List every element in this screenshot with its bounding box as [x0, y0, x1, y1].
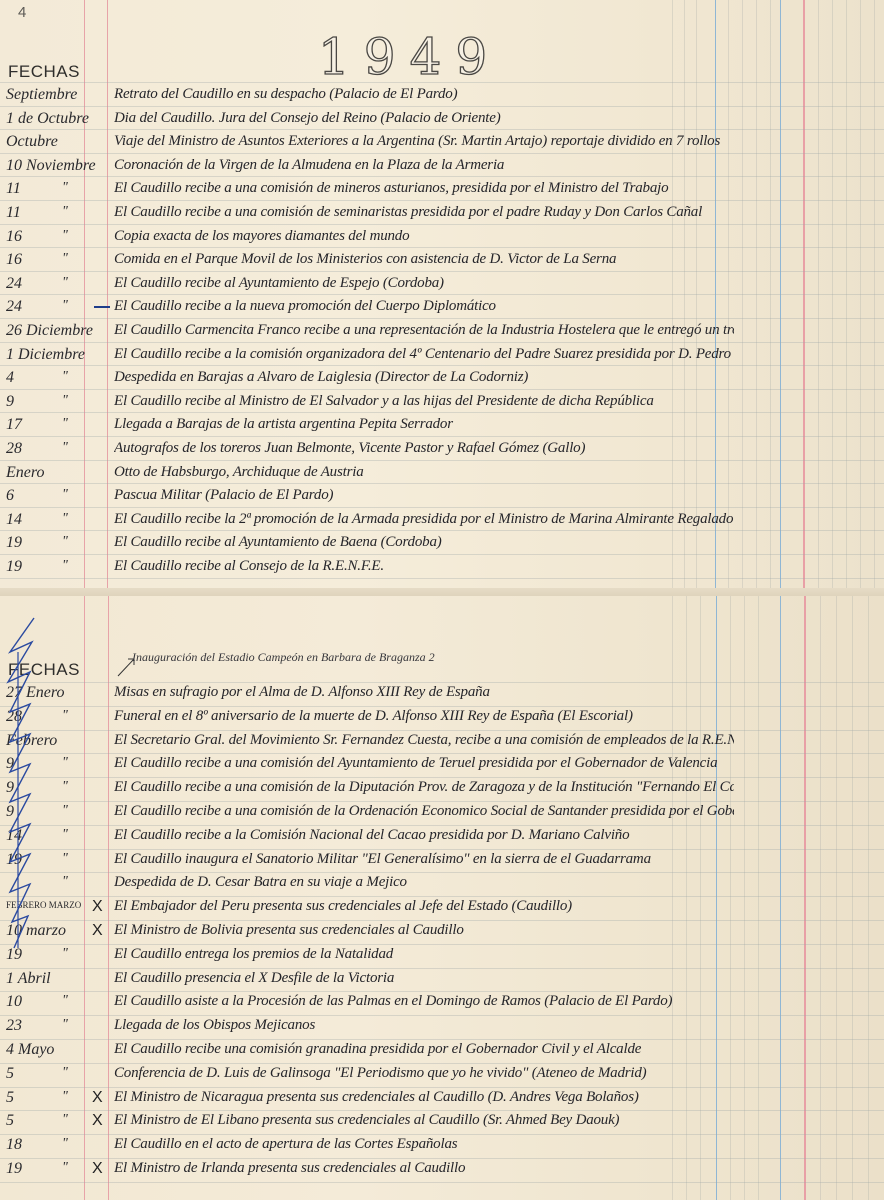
ledger-entry-row: 17"Llegada a Barajas de la artista argen…	[0, 416, 884, 440]
ditto-mark: "	[62, 416, 68, 432]
ledger-entry-row: 9"El Caudillo recibe a una comisión de l…	[0, 803, 884, 827]
blue-pencil-mark	[94, 306, 110, 308]
entry-description: El Caudillo recibe a una comisión de sem…	[114, 204, 734, 221]
entry-date: 19	[6, 534, 106, 552]
entry-date: 10 Noviembre	[6, 157, 106, 175]
ditto-mark: "	[62, 393, 68, 409]
ditto-mark: "	[62, 803, 68, 819]
entry-description: Pascua Militar (Palacio de El Pardo)	[114, 487, 734, 504]
ditto-mark: "	[62, 755, 68, 771]
ledger-entry-row: 14"El Caudillo recibe la 2ª promoción de…	[0, 511, 884, 535]
entry-date: 6	[6, 487, 106, 505]
entry-description: El Ministro de Nicaragua presenta sus cr…	[114, 1089, 734, 1106]
ledger-entry-row: 19"XEl Ministro de Irlanda presenta sus …	[0, 1160, 884, 1184]
ledger-entry-row: 16"Copia exacta de los mayores diamantes…	[0, 228, 884, 252]
entry-date: Septiembre	[6, 86, 106, 104]
ledger-entry-row: 5"XEl Ministro de El Libano presenta sus…	[0, 1112, 884, 1136]
ledger-rule	[0, 682, 884, 683]
ledger-entry-row: 10"El Caudillo asiste a la Procesión de …	[0, 993, 884, 1017]
ditto-mark: "	[62, 204, 68, 220]
ledger-entry-row: 1 de OctubreDia del Caudillo. Jura del C…	[0, 110, 884, 134]
ledger-entry-row: EneroOtto de Habsburgo, Archiduque de Au…	[0, 464, 884, 488]
ditto-mark: "	[62, 558, 68, 574]
entry-description: El Caudillo recibe al Consejo de la R.E.…	[114, 558, 734, 575]
entry-description: Otto de Habsburgo, Archiduque de Austria	[114, 464, 734, 481]
entry-description: El Caudillo recibe a la nueva promoción …	[114, 298, 734, 315]
entry-description: El Caudillo recibe al Ministro de El Sal…	[114, 393, 734, 410]
entry-description: El Caudillo recibe a una comisión del Ay…	[114, 755, 734, 772]
ditto-mark: "	[62, 1017, 68, 1033]
ledger-entry-row: FEBRERO MARZOXEl Embajador del Peru pres…	[0, 898, 884, 922]
ditto-mark: "	[62, 1065, 68, 1081]
entry-description: Dia del Caudillo. Jura del Consejo del R…	[114, 110, 734, 127]
ledger-entry-row: SeptiembreRetrato del Caudillo en su des…	[0, 86, 884, 110]
entry-date: 4	[6, 369, 106, 387]
entry-description: Viaje del Ministro de Asuntos Exteriores…	[114, 133, 734, 150]
ditto-mark: "	[62, 298, 68, 314]
entry-description: Autografos de los toreros Juan Belmonte,…	[114, 440, 734, 457]
credential-check-mark: X	[92, 1112, 103, 1130]
ledger-entry-row: 4 MayoEl Caudillo recibe una comisión gr…	[0, 1041, 884, 1065]
ditto-mark: "	[62, 1136, 68, 1152]
ledger-entry-row: 1 DiciembreEl Caudillo recibe a la comis…	[0, 346, 884, 370]
entry-description: El Ministro de El Libano presenta sus cr…	[114, 1112, 734, 1129]
ledger-entry-row: 24"El Caudillo recibe a la nueva promoci…	[0, 298, 884, 322]
ledger-entry-row: 5"XEl Ministro de Nicaragua presenta sus…	[0, 1089, 884, 1113]
entry-date: 4 Mayo	[6, 1041, 106, 1059]
ledger-entry-row: 24"El Caudillo recibe al Ayuntamiento de…	[0, 275, 884, 299]
entry-description: El Caudillo recibe a una comisión de la …	[114, 803, 734, 820]
ditto-mark: "	[62, 708, 68, 724]
entry-date: 11	[6, 180, 106, 198]
ledger-entry-row: 11"El Caudillo recibe a una comisión de …	[0, 204, 884, 228]
credential-check-mark: X	[92, 1160, 103, 1178]
entry-description: Coronación de la Virgen de la Almudena e…	[114, 157, 734, 174]
entry-description: Despedida en Barajas a Alvaro de Laigles…	[114, 369, 734, 386]
ditto-mark: "	[62, 440, 68, 456]
entry-date: 11	[6, 204, 106, 222]
ledger-entry-row: 1 AbrilEl Caudillo presencia el X Desfil…	[0, 970, 884, 994]
entry-description: Retrato del Caudillo en su despacho (Pal…	[114, 86, 734, 103]
ledger-entry-row: 6"Pascua Militar (Palacio de El Pardo)	[0, 487, 884, 511]
entry-description: Despedida de D. Cesar Batra en su viaje …	[114, 874, 734, 891]
ledger-entry-row: 14"El Caudillo recibe a la Comisión Naci…	[0, 827, 884, 851]
entry-description: El Caudillo recibe a una comisión de la …	[114, 779, 734, 796]
entry-date: 24	[6, 298, 106, 316]
entry-description: El Caudillo recibe la 2ª promoción de la…	[114, 511, 734, 528]
entry-description: El Caudillo recibe una comisión granadin…	[114, 1041, 734, 1058]
ditto-mark: "	[62, 534, 68, 550]
entry-description: Comida en el Parque Movil de los Ministe…	[114, 251, 734, 268]
entry-date: 1 de Octubre	[6, 110, 106, 128]
entry-description: El Secretario Gral. del Movimiento Sr. F…	[114, 732, 734, 749]
entry-description: El Caudillo recibe a la Comisión Naciona…	[114, 827, 734, 844]
entry-date: 5	[6, 1065, 106, 1083]
entry-date: 1 Abril	[6, 970, 106, 988]
ditto-mark: "	[62, 251, 68, 267]
entry-date: 10	[6, 993, 106, 1011]
ledger-entry-row: 9"El Caudillo recibe al Ministro de El S…	[0, 393, 884, 417]
entry-description: El Embajador del Peru presenta sus crede…	[114, 898, 734, 915]
entry-description: El Caudillo asiste a la Procesión de las…	[114, 993, 734, 1010]
entry-description: El Caudillo recibe al Ayuntamiento de Ba…	[114, 534, 734, 551]
ditto-mark: "	[62, 1089, 68, 1105]
ledger-entry-row: 19"El Caudillo recibe al Consejo de la R…	[0, 558, 884, 582]
ledger-entry-row: OctubreViaje del Ministro de Asuntos Ext…	[0, 133, 884, 157]
ledger-entry-row: 5"Conferencia de D. Luis de Galinsoga "E…	[0, 1065, 884, 1089]
ditto-mark: "	[62, 1112, 68, 1128]
entry-date: 26 Diciembre	[6, 322, 106, 340]
ledger-entry-row: 18"El Caudillo en el acto de apertura de…	[0, 1136, 884, 1160]
ledger-entry-row: 28"Funeral en el 8º aniversario de la mu…	[0, 708, 884, 732]
blue-pencil-scribble-icon	[4, 612, 40, 952]
credential-check-mark: X	[92, 922, 103, 940]
entry-date: 9	[6, 393, 106, 411]
ledger-sheet-bottom: FECHAS 27 EneroMisas en sufragio por el …	[0, 596, 884, 1200]
entry-description: Llegada de los Obispos Mejicanos	[114, 1017, 734, 1034]
entry-date: 24	[6, 275, 106, 293]
entry-description: El Caudillo Carmencita Franco recibe a u…	[114, 322, 734, 339]
margin-annotation: Inauguración del Estadio Campeón en Barb…	[132, 650, 435, 665]
year-title: 1949	[318, 28, 501, 86]
ditto-mark: "	[62, 487, 68, 503]
ledger-entry-row: 26 DiciembreEl Caudillo Carmencita Franc…	[0, 322, 884, 346]
entry-description: Conferencia de D. Luis de Galinsoga "El …	[114, 1065, 734, 1082]
ditto-mark: "	[62, 180, 68, 196]
entry-description: Llegada a Barajas de la artista argentin…	[114, 416, 734, 433]
ledger-entry-row: "Despedida de D. Cesar Batra en su viaje…	[0, 874, 884, 898]
entry-description: Funeral en el 8º aniversario de la muert…	[114, 708, 734, 725]
fechas-column-header: FECHAS	[8, 62, 80, 82]
entry-date: Enero	[6, 464, 106, 482]
entry-date: 16	[6, 228, 106, 246]
ledger-entry-row: 11"El Caudillo recibe a una comisión de …	[0, 180, 884, 204]
ledger-entry-row: 16"Comida en el Parque Movil de los Mini…	[0, 251, 884, 275]
ledger-entry-row: 9"El Caudillo recibe a una comisión del …	[0, 755, 884, 779]
entry-description: El Caudillo en el acto de apertura de la…	[114, 1136, 734, 1153]
ledger-entry-row: 10 NoviembreCoronación de la Virgen de l…	[0, 157, 884, 181]
ditto-mark: "	[62, 228, 68, 244]
ditto-mark: "	[62, 275, 68, 291]
ditto-mark: "	[62, 946, 68, 962]
ditto-mark: "	[62, 369, 68, 385]
ditto-mark: "	[62, 511, 68, 527]
entry-date: 28	[6, 440, 106, 458]
entry-date: 14	[6, 511, 106, 529]
entry-date: 5	[6, 1089, 106, 1107]
page-number: 4	[18, 4, 26, 21]
ditto-mark: "	[62, 993, 68, 1009]
ditto-mark: "	[62, 851, 68, 867]
ditto-mark: "	[62, 779, 68, 795]
ledger-entry-row: 28"Autografos de los toreros Juan Belmon…	[0, 440, 884, 464]
entry-description: El Caudillo inaugura el Sanatorio Milita…	[114, 851, 734, 868]
ditto-mark: "	[62, 827, 68, 843]
entry-date: Octubre	[6, 133, 106, 151]
ledger-entry-row: 19"El Caudillo entrega los premios de la…	[0, 946, 884, 970]
entry-description: El Ministro de Irlanda presenta sus cred…	[114, 1160, 734, 1177]
entry-description: El Ministro de Bolivia presenta sus cred…	[114, 922, 734, 939]
entry-description: El Caudillo presencia el X Desfile de la…	[114, 970, 734, 987]
ledger-entry-row: 4"Despedida en Barajas a Alvaro de Laigl…	[0, 369, 884, 393]
ledger-entry-row: 23"Llegada de los Obispos Mejicanos	[0, 1017, 884, 1041]
ledger-entry-row: FebreroEl Secretario Gral. del Movimient…	[0, 732, 884, 756]
entry-description: El Caudillo recibe al Ayuntamiento de Es…	[114, 275, 734, 292]
ditto-mark: "	[62, 874, 68, 890]
credential-check-mark: X	[92, 1089, 103, 1107]
entry-date: 18	[6, 1136, 106, 1154]
entry-description: Misas en sufragio por el Alma de D. Alfo…	[114, 684, 734, 701]
entry-date: 19	[6, 558, 106, 576]
ledger-entry-row: 10 marzoXEl Ministro de Bolivia presenta…	[0, 922, 884, 946]
ledger-entry-row: 19"El Caudillo inaugura el Sanatorio Mil…	[0, 851, 884, 875]
entry-description: El Caudillo recibe a una comisión de min…	[114, 180, 734, 197]
ledger-entry-row: 9"El Caudillo recibe a una comisión de l…	[0, 779, 884, 803]
ditto-mark: "	[62, 1160, 68, 1176]
entry-date: 16	[6, 251, 106, 269]
entry-description: Copia exacta de los mayores diamantes de…	[114, 228, 734, 245]
ledger-entry-row: 27 EneroMisas en sufragio por el Alma de…	[0, 684, 884, 708]
entry-description: El Caudillo entrega los premios de la Na…	[114, 946, 734, 963]
entry-description: El Caudillo recibe a la comisión organiz…	[114, 346, 734, 363]
credential-check-mark: X	[92, 898, 103, 916]
entry-date: 19	[6, 1160, 106, 1178]
ledger-sheet-top: 4 1949 FECHAS SeptiembreRetrato del Caud…	[0, 0, 884, 590]
entry-date: 17	[6, 416, 106, 434]
entry-date: 1 Diciembre	[6, 346, 106, 364]
ledger-entry-row: 19"El Caudillo recibe al Ayuntamiento de…	[0, 534, 884, 558]
entry-date: 5	[6, 1112, 106, 1130]
entry-date: 23	[6, 1017, 106, 1035]
